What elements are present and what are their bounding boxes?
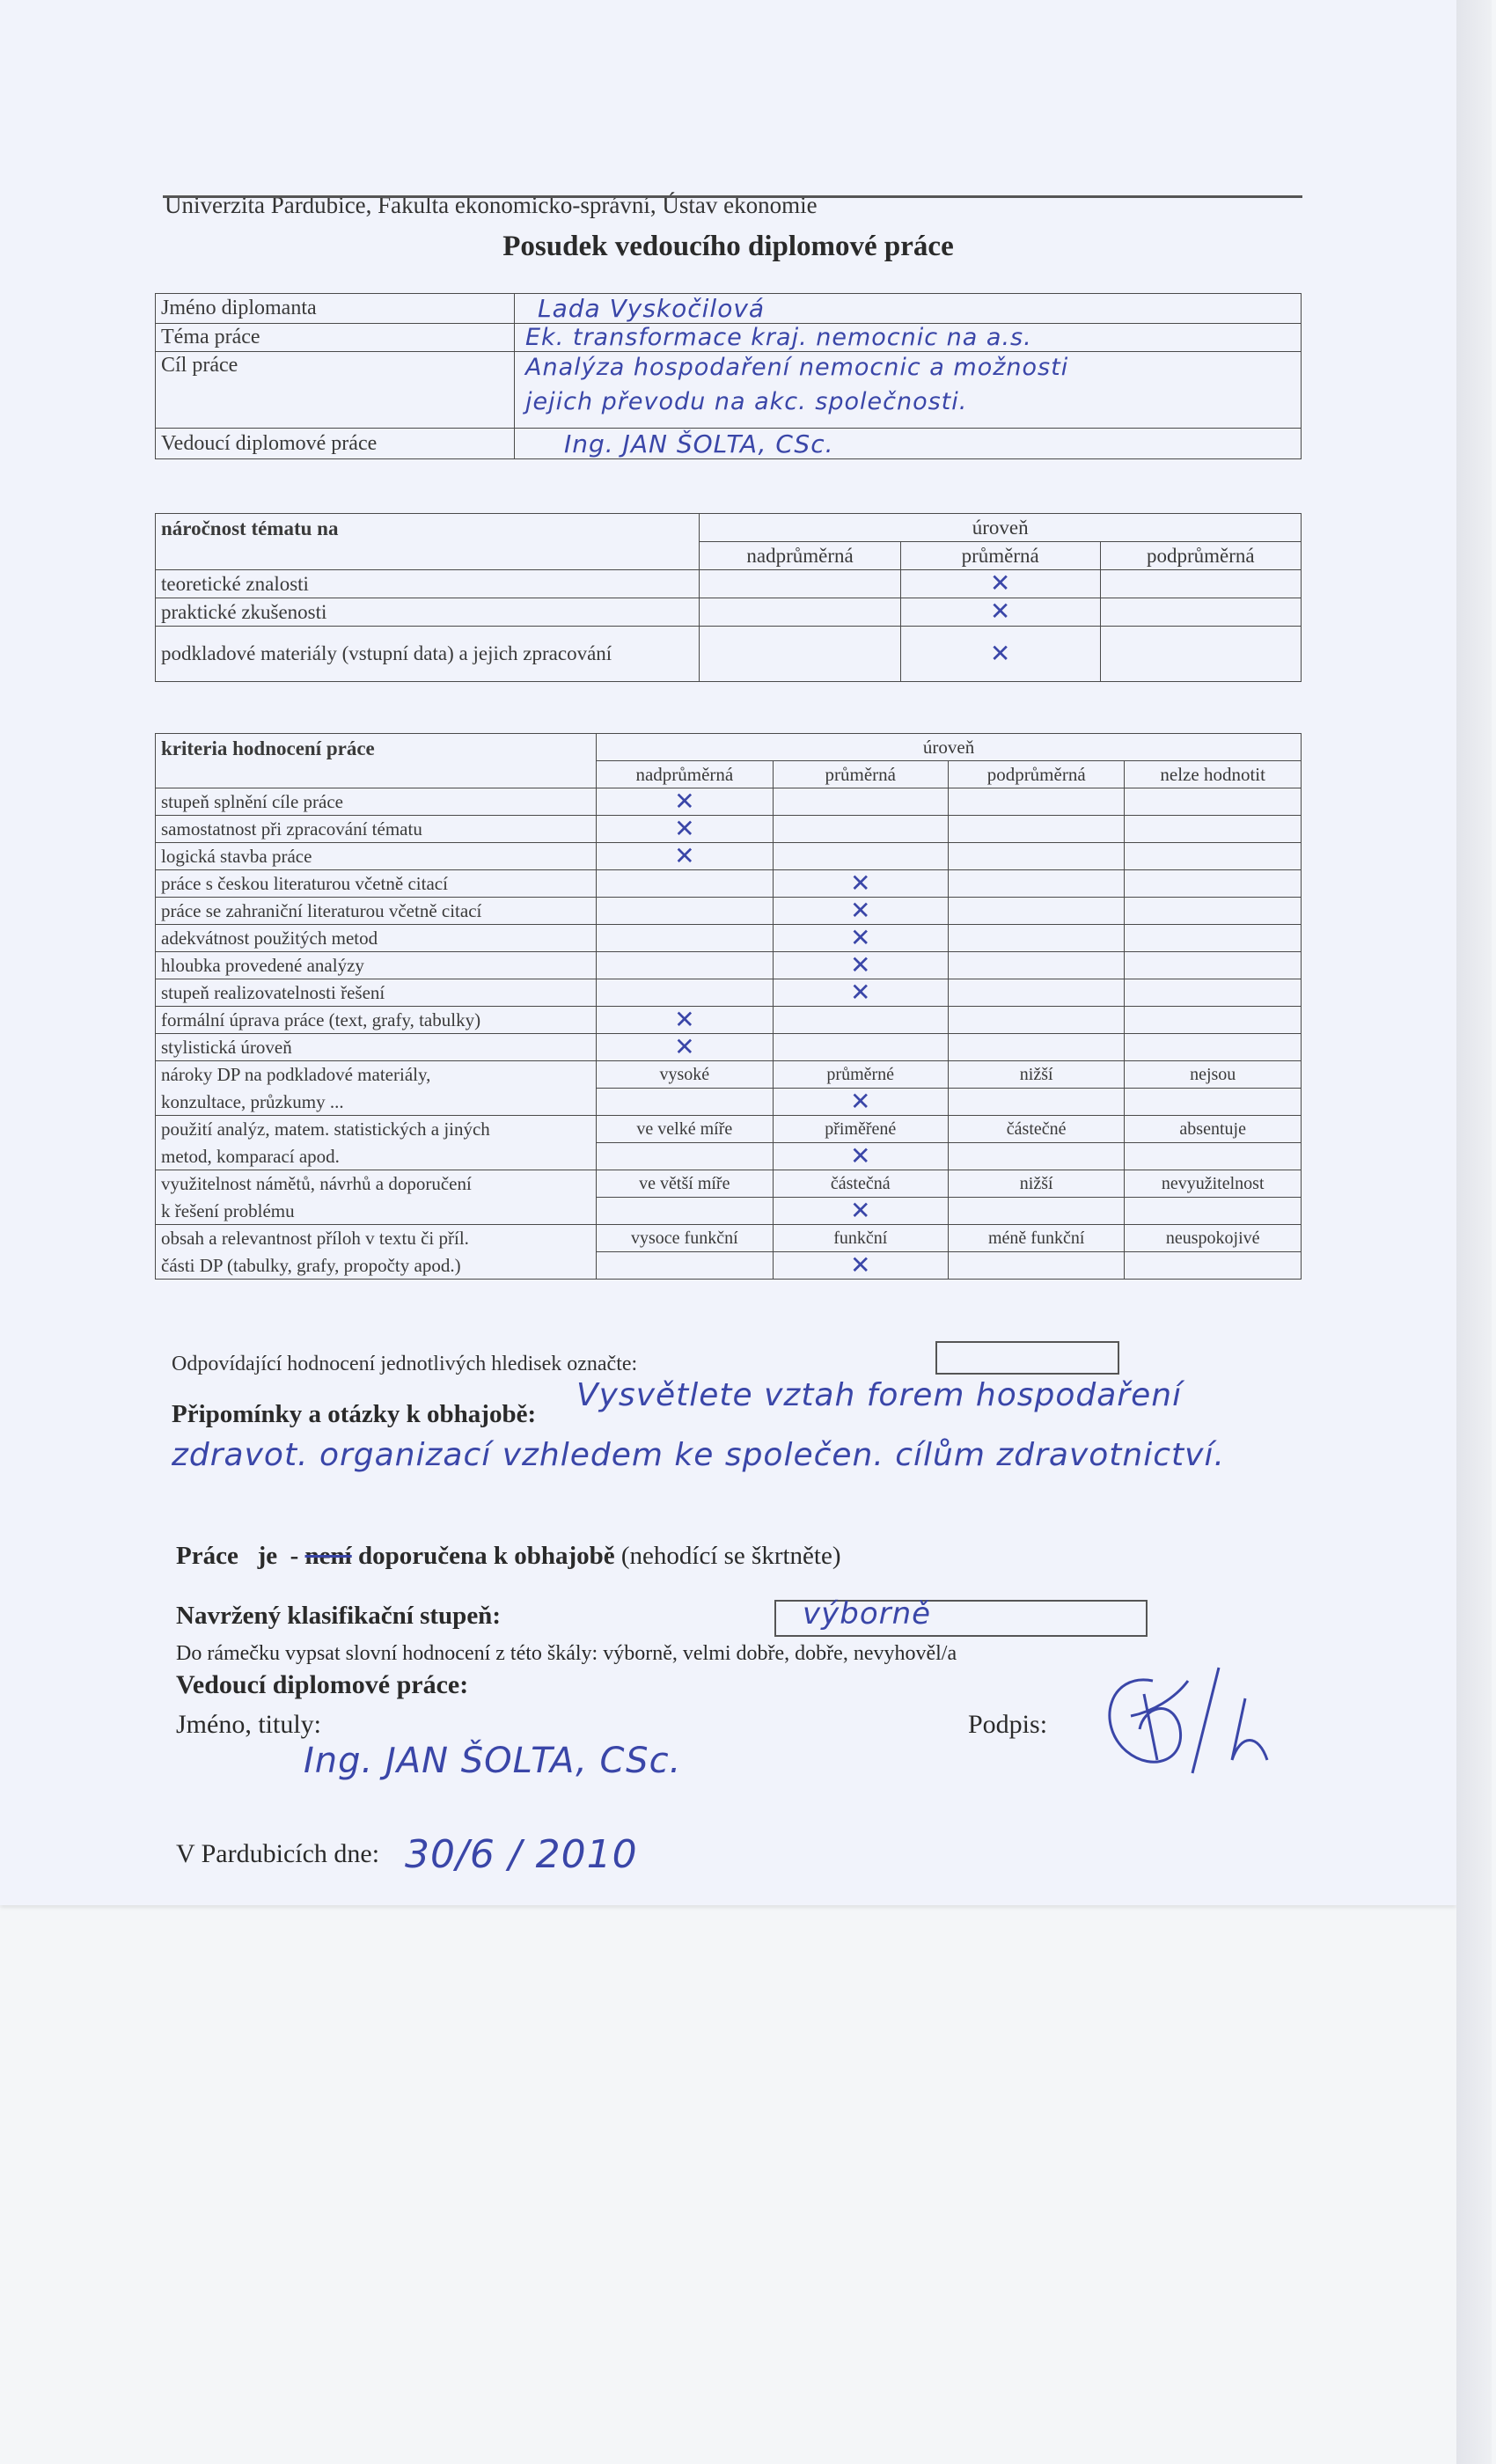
criteria-row: adekvátnost použitých metod✕ xyxy=(156,925,1302,952)
criteria-cell[interactable] xyxy=(948,1034,1124,1061)
scale-option-label: ve větší míře xyxy=(597,1170,773,1198)
criteria-scaled-label: využitelnost námětů, návrhů a doporučení… xyxy=(156,1170,597,1225)
criteria-cell[interactable]: ✕ xyxy=(773,1198,948,1225)
scale-option-label: neuspokojivé xyxy=(1125,1225,1302,1252)
student-value[interactable]: Lada Vyskočilová xyxy=(515,294,1302,324)
name-value[interactable]: Ing. JAN ŠOLTA, CSc. xyxy=(304,1741,681,1781)
criteria-cell[interactable]: ✕ xyxy=(773,925,948,952)
grade-instruction: Do rámečku vypsat slovní hodnocení z tét… xyxy=(176,1642,957,1666)
comments-label: Připomínky a otázky k obhajobě: xyxy=(172,1400,536,1429)
criteria-scaled-label-line: obsah a relevantnost příloh v textu či p… xyxy=(161,1228,590,1250)
name-label: Jméno, tituly: xyxy=(176,1710,321,1740)
recommend-prefix: Práce je - xyxy=(176,1542,305,1570)
criteria-row: stylistická úroveň✕ xyxy=(156,1034,1302,1061)
topic-value[interactable]: Ek. transformace kraj. nemocnic na a.s. xyxy=(515,324,1302,352)
criteria-cell[interactable] xyxy=(948,1007,1124,1034)
recommend-main: doporučena k obhajobě xyxy=(352,1542,615,1570)
scale-option-label: částečné xyxy=(948,1116,1124,1143)
recommendation: Práce je - není doporučena k obhajobě (n… xyxy=(176,1542,841,1571)
cross-mark-icon: ✕ xyxy=(850,1141,870,1170)
criteria-row-label: samostatnost při zpracování tématu xyxy=(156,816,597,843)
criteria-row-label: hloubka provedené analýzy xyxy=(156,952,597,979)
criteria-cell[interactable] xyxy=(1125,952,1302,979)
signature-label: Podpis: xyxy=(968,1710,1047,1740)
info-row-topic: Téma práce Ek. transformace kraj. nemocn… xyxy=(156,324,1302,352)
grade-box[interactable]: výborně xyxy=(774,1600,1148,1637)
criteria-row: práce se zahraniční literaturou včetně c… xyxy=(156,898,1302,925)
difficulty-row: praktické zkušenosti✕ xyxy=(156,598,1302,627)
criteria-cell[interactable] xyxy=(773,816,948,843)
criteria-row-label: logická stavba práce xyxy=(156,843,597,870)
scale-option-label: nevyužitelnost xyxy=(1125,1170,1302,1198)
difficulty-row: teoretické znalosti✕ xyxy=(156,570,1302,598)
difficulty-col-header: podprůměrná xyxy=(1100,542,1301,570)
difficulty-col-header: nadprůměrná xyxy=(700,542,900,570)
criteria-cell[interactable] xyxy=(597,952,773,979)
difficulty-cell[interactable] xyxy=(1100,598,1301,627)
criteria-cell[interactable] xyxy=(1125,1089,1302,1116)
criteria-row: samostatnost při zpracování tématu✕ xyxy=(156,816,1302,843)
page-title: Posudek vedoucího diplomové práce xyxy=(0,231,1456,263)
criteria-scaled-label-line: metod, komparací apod. xyxy=(161,1146,590,1168)
difficulty-cell[interactable]: ✕ xyxy=(900,598,1100,627)
criteria-scaled-label-line: použití analýz, matem. statistických a j… xyxy=(161,1118,590,1140)
scale-option-label: částečná xyxy=(773,1170,948,1198)
criteria-cell[interactable] xyxy=(597,870,773,898)
criteria-cell[interactable] xyxy=(1125,898,1302,925)
difficulty-cell[interactable] xyxy=(700,598,900,627)
criteria-cell[interactable] xyxy=(597,925,773,952)
criteria-scaled-label-line: části DP (tabulky, grafy, propočty apod.… xyxy=(161,1255,590,1277)
criteria-cell[interactable]: ✕ xyxy=(597,843,773,870)
difficulty-cell[interactable] xyxy=(700,570,900,598)
scale-option-label: vysoké xyxy=(597,1061,773,1089)
criteria-cell[interactable] xyxy=(597,1198,773,1225)
marking-box[interactable] xyxy=(935,1341,1119,1375)
criteria-cell[interactable] xyxy=(773,1007,948,1034)
criteria-scaled-label-line: konzultace, průzkumy ... xyxy=(161,1091,590,1113)
criteria-cell[interactable] xyxy=(948,1198,1124,1225)
goal-value[interactable]: Analýza hospodaření nemocnic a možnosti … xyxy=(515,352,1302,429)
criteria-cell[interactable]: ✕ xyxy=(773,979,948,1007)
cross-mark-icon: ✕ xyxy=(674,814,694,843)
criteria-col-header: nelze hodnotit xyxy=(1125,761,1302,788)
criteria-scaled-row: použití analýz, matem. statistických a j… xyxy=(156,1116,1302,1143)
criteria-row-label: stupeň splnění cíle práce xyxy=(156,788,597,816)
marking-instruction: Odpovídající hodnocení jednotlivých hled… xyxy=(172,1353,637,1376)
grade-value: výborně xyxy=(803,1596,931,1632)
cross-mark-icon: ✕ xyxy=(850,896,870,925)
difficulty-cell[interactable]: ✕ xyxy=(900,627,1100,682)
criteria-cell[interactable] xyxy=(597,898,773,925)
topic-label: Téma práce xyxy=(156,324,515,352)
grade-label: Navržený klasifikační stupeň: xyxy=(176,1602,501,1631)
criteria-cell[interactable] xyxy=(1125,1198,1302,1225)
scale-option-label: vysoce funkční xyxy=(597,1225,773,1252)
criteria-table: kriteria hodnocení práce úroveň nadprůmě… xyxy=(155,733,1302,1280)
criteria-cell[interactable] xyxy=(1125,925,1302,952)
difficulty-col-header: průměrná xyxy=(900,542,1100,570)
comments-line-1[interactable]: Vysvětlete vztah forem hospodaření xyxy=(576,1377,1182,1413)
criteria-col-header: podprůměrná xyxy=(948,761,1124,788)
criteria-cell[interactable] xyxy=(1125,1034,1302,1061)
difficulty-group-header: úroveň xyxy=(700,514,1302,542)
criteria-col-header: nadprůměrná xyxy=(597,761,773,788)
info-row-goal: Cíl práce Analýza hospodaření nemocnic a… xyxy=(156,352,1302,429)
criteria-row: formální úprava práce (text, grafy, tabu… xyxy=(156,1007,1302,1034)
criteria-cell[interactable]: ✕ xyxy=(773,952,948,979)
criteria-cell[interactable] xyxy=(948,1089,1124,1116)
criteria-scaled-row: využitelnost námětů, návrhů a doporučení… xyxy=(156,1170,1302,1198)
criteria-scaled-label-line: nároky DP na podkladové materiály, xyxy=(161,1064,590,1086)
difficulty-cell[interactable] xyxy=(1100,627,1301,682)
criteria-cell[interactable] xyxy=(948,870,1124,898)
criteria-cell[interactable] xyxy=(948,898,1124,925)
criteria-row-label: práce se zahraniční literaturou včetně c… xyxy=(156,898,597,925)
cross-mark-icon: ✕ xyxy=(674,787,694,816)
criteria-cell[interactable] xyxy=(773,843,948,870)
cross-mark-icon: ✕ xyxy=(674,1005,694,1034)
scale-option-label: nejsou xyxy=(1125,1061,1302,1089)
cross-mark-icon: ✕ xyxy=(850,1196,870,1225)
scale-option-label: průměrné xyxy=(773,1061,948,1089)
criteria-cell[interactable] xyxy=(773,1034,948,1061)
info-row-student: Jméno diplomanta Lada Vyskočilová xyxy=(156,294,1302,324)
cross-mark-icon: ✕ xyxy=(990,639,1010,668)
criteria-row: stupeň splnění cíle práce✕ xyxy=(156,788,1302,816)
difficulty-row-label: teoretické znalosti xyxy=(156,570,700,598)
criteria-cell[interactable]: ✕ xyxy=(773,1143,948,1170)
criteria-row: práce s českou literaturou včetně citací… xyxy=(156,870,1302,898)
criteria-cell[interactable] xyxy=(1125,1252,1302,1280)
scale-option-label: nižší xyxy=(948,1170,1124,1198)
criteria-scaled-label-line: využitelnost námětů, návrhů a doporučení xyxy=(161,1173,590,1195)
date-value[interactable]: 30/6 / 2010 xyxy=(405,1832,638,1877)
criteria-cell[interactable] xyxy=(597,979,773,1007)
cross-mark-icon: ✕ xyxy=(674,841,694,870)
criteria-row-label: stupeň realizovatelnosti řešení xyxy=(156,979,597,1007)
criteria-cell[interactable]: ✕ xyxy=(597,1007,773,1034)
criteria-cell[interactable] xyxy=(1125,1143,1302,1170)
criteria-cell[interactable]: ✕ xyxy=(773,1252,948,1280)
criteria-row-label: stylistická úroveň xyxy=(156,1034,597,1061)
recommend-note: (nehodící se škrtněte) xyxy=(615,1542,841,1570)
scale-option-label: funkční xyxy=(773,1225,948,1252)
difficulty-table: náročnost tématu na úroveň nadprůměrná p… xyxy=(155,513,1302,682)
difficulty-cell[interactable] xyxy=(1100,570,1301,598)
criteria-cell[interactable]: ✕ xyxy=(773,898,948,925)
cross-mark-icon: ✕ xyxy=(850,869,870,898)
supervisor-heading: Vedoucí diplomové práce: xyxy=(176,1670,468,1700)
student-label: Jméno diplomanta xyxy=(156,294,515,324)
cross-mark-icon: ✕ xyxy=(990,597,1010,626)
difficulty-row-label: podkladové materiály (vstupní data) a je… xyxy=(156,627,700,682)
criteria-cell[interactable] xyxy=(1125,843,1302,870)
criteria-title: kriteria hodnocení práce xyxy=(156,734,597,788)
criteria-cell[interactable] xyxy=(597,1252,773,1280)
signature-icon xyxy=(1091,1663,1302,1778)
criteria-row: hloubka provedené analýzy✕ xyxy=(156,952,1302,979)
criteria-cell[interactable] xyxy=(1125,870,1302,898)
cross-mark-icon: ✕ xyxy=(850,1250,870,1280)
criteria-cell[interactable] xyxy=(773,788,948,816)
criteria-cell[interactable]: ✕ xyxy=(597,1034,773,1061)
criteria-cell[interactable] xyxy=(948,979,1124,1007)
difficulty-title: náročnost tématu na xyxy=(156,514,700,570)
difficulty-cell[interactable] xyxy=(700,627,900,682)
place-label: V Pardubicích dne: xyxy=(176,1839,379,1869)
criteria-scaled-label: nároky DP na podkladové materiály,konzul… xyxy=(156,1061,597,1116)
criteria-scaled-label: obsah a relevantnost příloh v textu či p… xyxy=(156,1225,597,1280)
cross-mark-icon: ✕ xyxy=(674,1032,694,1061)
criteria-cell[interactable] xyxy=(948,925,1124,952)
criteria-row-label: formální úprava práce (text, grafy, tabu… xyxy=(156,1007,597,1034)
scan-edge xyxy=(1456,0,1492,2464)
scale-option-label: absentuje xyxy=(1125,1116,1302,1143)
info-table: Jméno diplomanta Lada Vyskočilová Téma p… xyxy=(155,293,1302,459)
scale-option-label: méně funkční xyxy=(948,1225,1124,1252)
criteria-scaled-label-line: k řešení problému xyxy=(161,1200,590,1222)
criteria-row-label: adekvátnost použitých metod xyxy=(156,925,597,952)
difficulty-row-label: praktické zkušenosti xyxy=(156,598,700,627)
recommend-struck[interactable]: není xyxy=(305,1542,352,1570)
criteria-cell[interactable] xyxy=(948,788,1124,816)
criteria-row-label: práce s českou literaturou včetně citací xyxy=(156,870,597,898)
criteria-cell[interactable] xyxy=(948,816,1124,843)
criteria-cell[interactable] xyxy=(1125,816,1302,843)
criteria-cell[interactable] xyxy=(948,843,1124,870)
criteria-row: logická stavba práce✕ xyxy=(156,843,1302,870)
cross-mark-icon: ✕ xyxy=(850,1087,870,1116)
difficulty-cell[interactable]: ✕ xyxy=(900,570,1100,598)
criteria-row: stupeň realizovatelnosti řešení✕ xyxy=(156,979,1302,1007)
cross-mark-icon: ✕ xyxy=(990,568,1010,598)
criteria-cell[interactable] xyxy=(948,1252,1124,1280)
criteria-cell[interactable] xyxy=(1125,1007,1302,1034)
criteria-cell[interactable] xyxy=(1125,979,1302,1007)
comments-line-2[interactable]: zdravot. organizací vzhledem ke společen… xyxy=(172,1437,1225,1473)
criteria-cell[interactable] xyxy=(597,1143,773,1170)
criteria-group-header: úroveň xyxy=(597,734,1302,761)
criteria-scaled-row: nároky DP na podkladové materiály,konzul… xyxy=(156,1061,1302,1089)
supervisor-value[interactable]: Ing. JAN ŠOLTA, CSc. xyxy=(515,429,1302,459)
supervisor-label: Vedoucí diplomové práce xyxy=(156,429,515,459)
cross-mark-icon: ✕ xyxy=(850,923,870,952)
criteria-scaled-row: obsah a relevantnost příloh v textu či p… xyxy=(156,1225,1302,1252)
criteria-col-header: průměrná xyxy=(773,761,948,788)
cross-mark-icon: ✕ xyxy=(850,950,870,979)
scale-option-label: přiměřené xyxy=(773,1116,948,1143)
header-rule xyxy=(163,195,1302,198)
criteria-cell[interactable] xyxy=(1125,788,1302,816)
goal-label: Cíl práce xyxy=(156,352,515,429)
criteria-cell[interactable] xyxy=(948,1143,1124,1170)
cross-mark-icon: ✕ xyxy=(850,978,870,1007)
scale-option-label: ve velké míře xyxy=(597,1116,773,1143)
criteria-cell[interactable] xyxy=(597,1089,773,1116)
criteria-cell[interactable]: ✕ xyxy=(597,788,773,816)
info-row-supervisor: Vedoucí diplomové práce Ing. JAN ŠOLTA, … xyxy=(156,429,1302,459)
scale-option-label: nižší xyxy=(948,1061,1124,1089)
criteria-cell[interactable]: ✕ xyxy=(773,1089,948,1116)
criteria-cell[interactable] xyxy=(948,952,1124,979)
criteria-scaled-label: použití analýz, matem. statistických a j… xyxy=(156,1116,597,1170)
difficulty-row: podkladové materiály (vstupní data) a je… xyxy=(156,627,1302,682)
criteria-cell[interactable]: ✕ xyxy=(597,816,773,843)
criteria-cell[interactable]: ✕ xyxy=(773,870,948,898)
